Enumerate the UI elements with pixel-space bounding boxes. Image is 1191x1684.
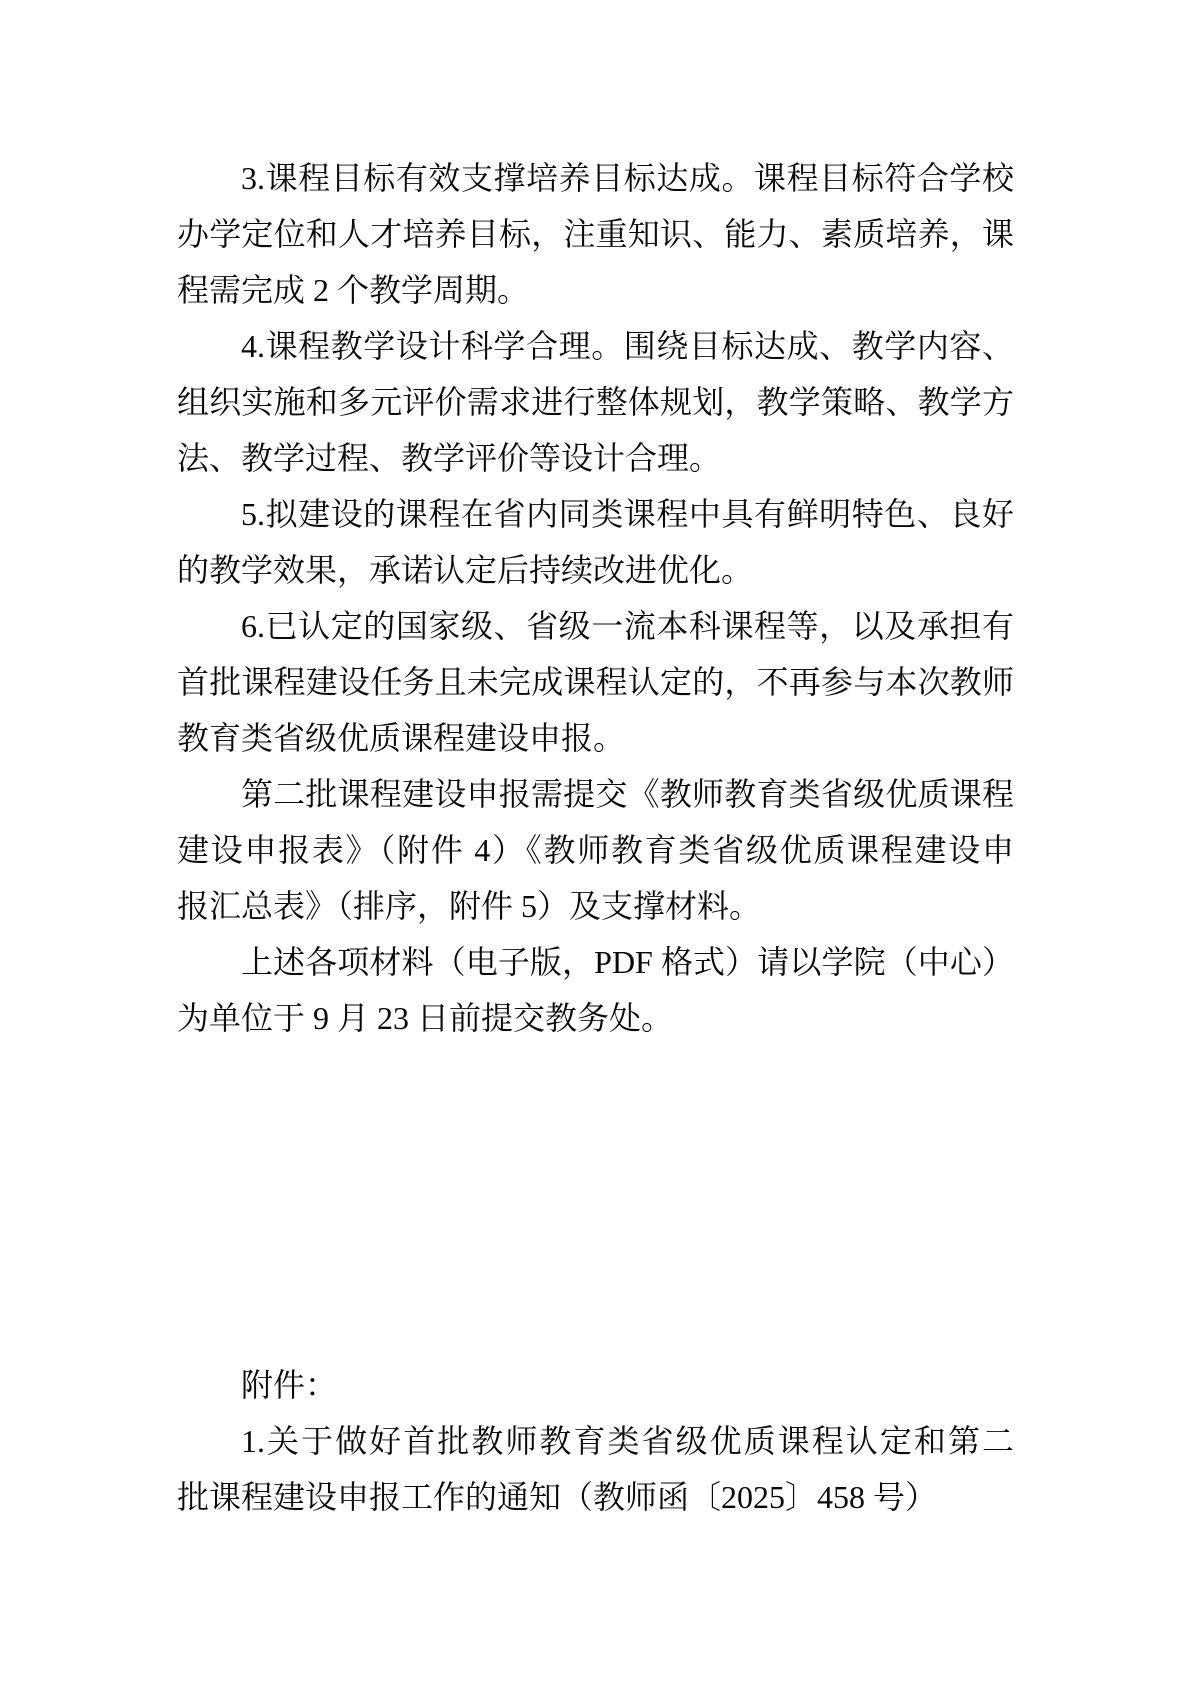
text-line: 组织实施和多元评价需求进行整体规划，教学策略、教学方 (177, 374, 1014, 430)
text-line: 为单位于 9 月 23 日前提交教务处。 (177, 990, 1014, 1046)
document-page: 3.课程目标有效支撑培养目标达成。课程目标符合学校 办学定位和人才培养目标，注重… (0, 0, 1191, 1684)
text-line: 3.课程目标有效支撑培养目标达成。课程目标符合学校 (177, 150, 1014, 206)
paragraph-deadline: 上述各项材料（电子版，PDF 格式）请以学院（中心） 为单位于 9 月 23 日… (177, 934, 1014, 1046)
attachment-item-1: 1.关于做好首批教师教育类省级优质课程认定和第二 批课程建设申报工作的通知（教师… (177, 1413, 1014, 1525)
paragraph-course-goals: 3.课程目标有效支撑培养目标达成。课程目标符合学校 办学定位和人才培养目标，注重… (177, 150, 1014, 318)
text-line: 程需完成 2 个教学周期。 (177, 262, 1014, 318)
paragraph-exclusions: 6.已认定的国家级、省级一流本科课程等，以及承担有 首批课程建设任务且未完成课程… (177, 598, 1014, 766)
text-line: 1.关于做好首批教师教育类省级优质课程认定和第二 (177, 1413, 1014, 1469)
document-body: 3.课程目标有效支撑培养目标达成。课程目标符合学校 办学定位和人才培养目标，注重… (177, 150, 1014, 1046)
text-line: 5.拟建设的课程在省内同类课程中具有鲜明特色、良好 (177, 486, 1014, 542)
paragraph-submission-materials: 第二批课程建设申报需提交《教师教育类省级优质课程 建设申报表》（附件 4）《教师… (177, 766, 1014, 934)
text-line: 附件： (177, 1357, 1014, 1413)
text-line: 4.课程教学设计科学合理。围绕目标达成、教学内容、 (177, 318, 1014, 374)
text-line: 法、教学过程、教学评价等设计合理。 (177, 430, 1014, 486)
text-line: 首批课程建设任务且未完成课程认定的，不再参与本次教师 (177, 654, 1014, 710)
text-line: 办学定位和人才培养目标，注重知识、能力、素质培养，课 (177, 206, 1014, 262)
text-line: 第二批课程建设申报需提交《教师教育类省级优质课程 (177, 766, 1014, 822)
text-line: 建设申报表》（附件 4）《教师教育类省级优质课程建设申 (177, 822, 1014, 878)
paragraph-teaching-design: 4.课程教学设计科学合理。围绕目标达成、教学内容、 组织实施和多元评价需求进行整… (177, 318, 1014, 486)
attachments-heading: 附件： (177, 1357, 1014, 1413)
attachments-section: 附件： 1.关于做好首批教师教育类省级优质课程认定和第二 批课程建设申报工作的通… (177, 1357, 1014, 1525)
text-line: 报汇总表》（排序，附件 5）及支撑材料。 (177, 878, 1014, 934)
text-line: 上述各项材料（电子版，PDF 格式）请以学院（中心） (177, 934, 1014, 990)
paragraph-course-features: 5.拟建设的课程在省内同类课程中具有鲜明特色、良好 的教学效果，承诺认定后持续改… (177, 486, 1014, 598)
text-line: 6.已认定的国家级、省级一流本科课程等，以及承担有 (177, 598, 1014, 654)
text-line: 教育类省级优质课程建设申报。 (177, 710, 1014, 766)
text-line: 批课程建设申报工作的通知（教师函〔2025〕458 号） (177, 1469, 1014, 1525)
text-line: 的教学效果，承诺认定后持续改进优化。 (177, 542, 1014, 598)
